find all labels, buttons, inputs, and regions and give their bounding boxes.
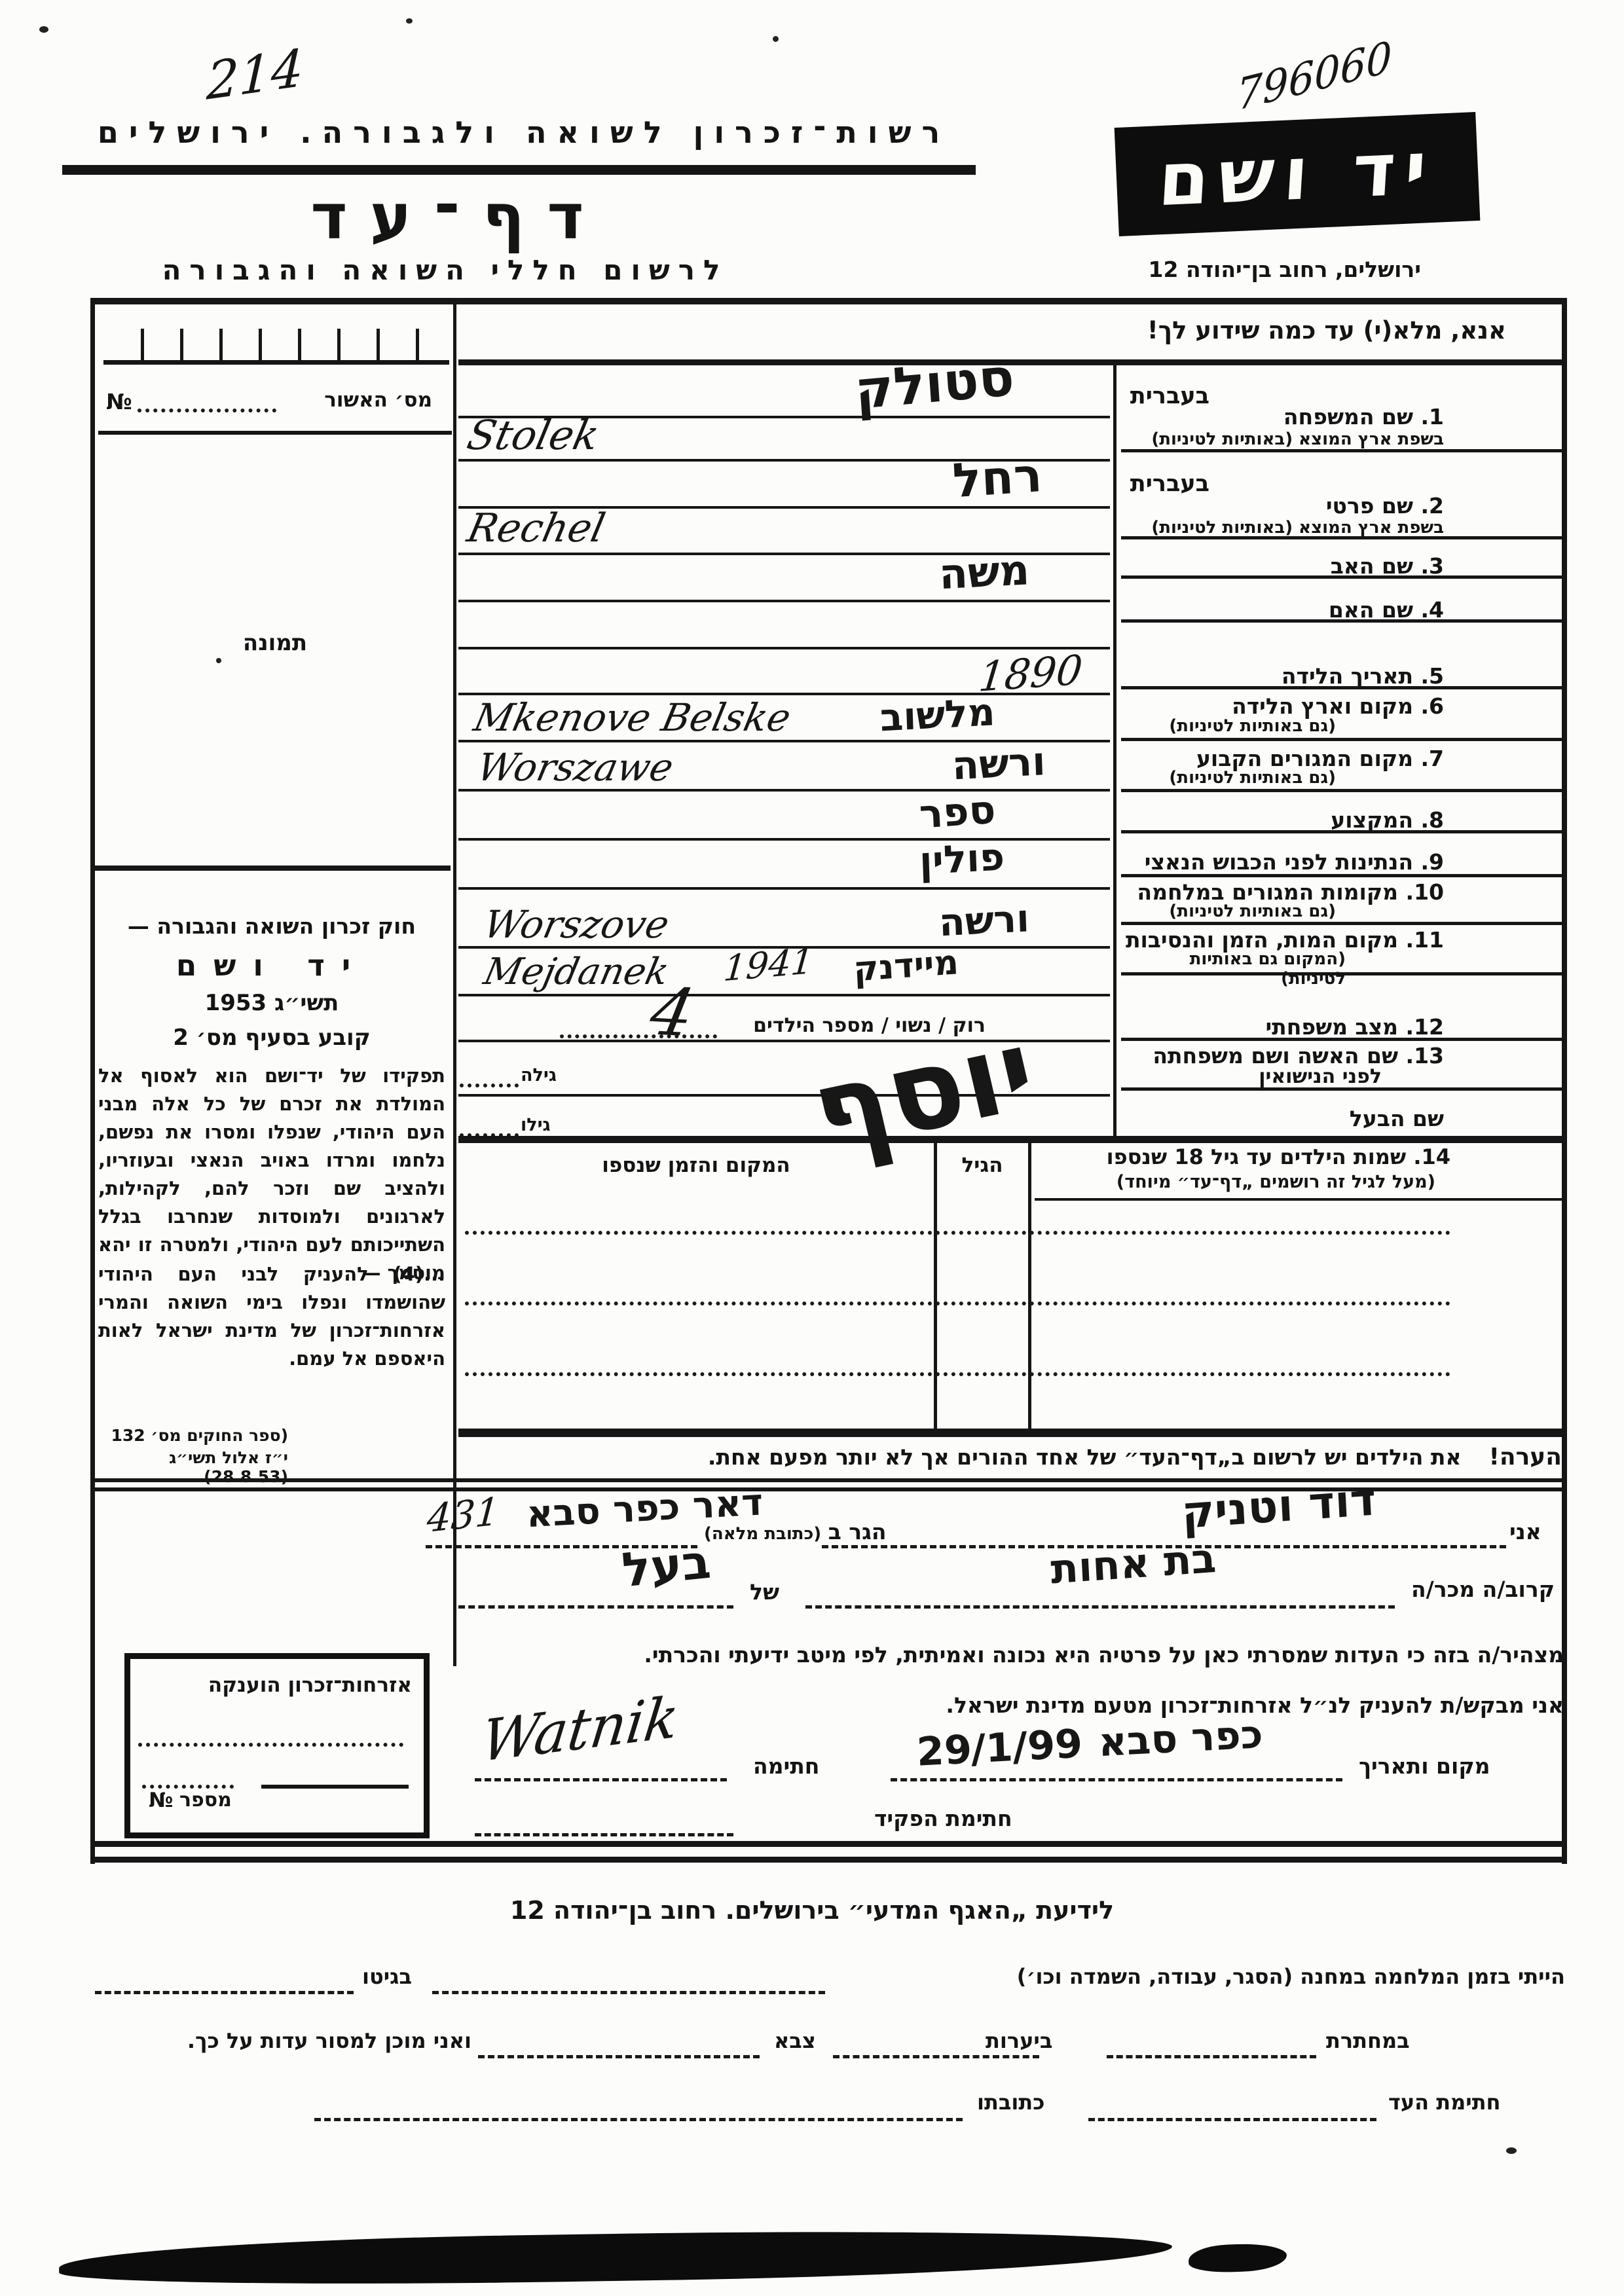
husband-age-dots	[460, 1120, 519, 1137]
citizenship-dots	[138, 1724, 403, 1747]
ink-speck-2	[406, 18, 413, 24]
field-2-sub: בשפת ארץ המוצא (באותיות לטיניות)	[1120, 518, 1444, 538]
field-underline-3	[1121, 575, 1564, 579]
entry-first-name-latin-hw: Rechel	[464, 505, 610, 551]
approval-number-dots	[138, 390, 276, 412]
entry-death-place-he-hw: מיידנק	[847, 943, 961, 989]
ink-speck-1	[39, 26, 48, 33]
bottom-rule-1	[92, 1841, 1567, 1847]
marital-dots	[560, 1019, 717, 1038]
witness-line-2a	[458, 1600, 733, 1609]
field-underline-10	[1121, 922, 1564, 925]
wife-age-dots	[460, 1070, 519, 1087]
scanned-testimony-page: 214 796060 רשות־זכרון לשואה ולגבורה. ירו…	[0, 0, 1624, 2296]
entry-line-11	[458, 994, 1110, 996]
entry-father-name-hw: משה	[931, 547, 1033, 599]
fill-header: אנא, מלא(י) עד כמה שידוע לך!	[1126, 316, 1506, 344]
signature-label: חתימה	[753, 1753, 819, 1779]
field-underline-12	[1121, 1038, 1564, 1041]
field-underline-1	[1121, 449, 1564, 452]
photo-box-rule	[92, 866, 451, 871]
field-7-sub: (גם באותיות לטיניות)	[1120, 768, 1336, 788]
entry-line-8	[458, 838, 1110, 841]
table-top-rule	[458, 1136, 1566, 1143]
ghetto-line	[95, 1986, 354, 1994]
sidebar-org-name: יד ושם	[98, 948, 445, 983]
logo-text: יד ושם	[1156, 126, 1439, 223]
file-number-handwriting: 796060	[1237, 32, 1392, 120]
table-age-header: הגיל	[934, 1154, 1031, 1177]
form-subtitle: לרשום חללי השואה והגבורה	[131, 254, 760, 286]
entry-first-name-he-hw: רחל	[943, 448, 1046, 508]
approval-row-rule	[98, 431, 452, 435]
place-date-hw: כפר סבא 29/1/99	[912, 1712, 1265, 1776]
left-column-divider	[453, 301, 456, 1666]
form-title: דף־עד	[275, 180, 642, 253]
field-8-label: 8. המקצוע	[1120, 807, 1444, 833]
forests-line	[833, 2050, 1039, 2058]
field-1-sub: בשפת ארץ המוצא (באותיות לטיניות)	[1120, 429, 1444, 449]
entry-war-residence-he-hw: ורשה	[931, 896, 1031, 945]
entry-residence-latin-hw: Worszawe	[473, 745, 678, 790]
note-rule-top	[458, 1429, 1566, 1437]
citizenship-box: אזרחות־זכרון הוענקה מספר №	[124, 1653, 430, 1838]
masthead-rule	[62, 165, 976, 175]
children-row-dots-1	[465, 1216, 1450, 1235]
field-14-sub: (מעל לגיל זה רושמים „דף־עד״ מיוחד)	[1041, 1172, 1435, 1192]
army-label: צבא	[774, 2028, 816, 2053]
field-2-label: 2. שם פרטי	[1120, 493, 1444, 519]
approval-number-sign: №	[106, 389, 132, 414]
address-line	[314, 2113, 963, 2121]
page-number-handwriting: 214	[206, 39, 304, 112]
sidebar-law-paragraph-2: ‏...(4) להעניק לבני העם היהודי שהושמדו ו…	[98, 1260, 445, 1373]
ink-speck-3	[773, 36, 779, 42]
approval-number-label: מס׳ האשור	[282, 388, 432, 412]
fill-header-rule	[458, 359, 1566, 365]
field-underline-9	[1121, 874, 1564, 877]
residing-sub-label: (כתובת מלאה)	[704, 1524, 821, 1544]
field-5-label: 5. תאריך הלידה	[1120, 663, 1444, 689]
citizenship-number-sign: №	[149, 1789, 173, 1812]
wife-age-label: גילה	[521, 1065, 557, 1085]
husband-age-label: גילו	[521, 1115, 551, 1135]
field-14-label: 14. שמות הילדים עד גיל 18 שנספו	[1041, 1144, 1450, 1169]
main-border-left	[90, 298, 95, 1864]
clerk-signature-line	[475, 1828, 733, 1836]
sidebar-law-source-1: (ספר החוקים מס׳ 132	[105, 1426, 288, 1445]
field-underline-5	[1121, 686, 1564, 689]
sidebar-law-paragraph-1: תפקידו של יד־ושם הוא לאסוף אל המולדת את …	[98, 1062, 445, 1287]
underground-line	[1107, 2050, 1316, 2058]
ink-smudge-2	[1188, 2242, 1287, 2273]
husband-name-label: שם הבעל	[1120, 1106, 1444, 1131]
ghetto-label: בגיטו	[362, 1964, 412, 1989]
testify-label: ואני מוכן למסור עדות על כך.	[98, 2028, 471, 2053]
relation-label: קרוב/ה מכר/ה	[1411, 1576, 1555, 1602]
place-date-label: מקום ותאריך	[1359, 1753, 1490, 1779]
sidebar-law-title: חוק זכרון השואה והגבורה —	[98, 913, 445, 939]
entry-death-year-hw: 1941	[722, 940, 815, 990]
field-13-sub: לפני הנישואין	[1120, 1065, 1382, 1088]
underground-label: במחתרת	[1326, 2028, 1410, 2053]
ink-speck-5	[216, 658, 221, 663]
logo-address: ירושלים, רחוב בן־יהודה 12	[1126, 257, 1421, 282]
children-row-dots-3	[465, 1358, 1450, 1376]
clerk-signature-label: חתימת הפקיד	[874, 1806, 1012, 1831]
approval-comb-baseline	[103, 360, 449, 365]
masthead-authority: רשות־זכרון לשואה ולגבורה. ירושלים	[72, 115, 976, 150]
citizenship-title: אזרחות־זכרון הוענקה	[150, 1673, 412, 1697]
field-underline-8	[1121, 830, 1564, 833]
field-1-label: 1. שם המשפחה	[1120, 404, 1444, 429]
entry-residence-he-hw: ורשה	[944, 739, 1048, 790]
entry-war-residence-latin-hw: Worszove	[480, 902, 673, 947]
of-label: של	[750, 1579, 779, 1605]
entry-line-4	[458, 647, 1110, 649]
field-underline-4	[1121, 619, 1564, 623]
citizenship-number-label: מספר	[179, 1789, 232, 1812]
table-place-header: המקום והזמן שנספו	[458, 1154, 934, 1177]
field-underline-7	[1121, 789, 1564, 792]
witness-address-number-hw: 431	[426, 1489, 501, 1541]
witness-name-hw: דוד וטניק	[1173, 1474, 1380, 1539]
entry-birth-year-hw: 1890	[976, 646, 1084, 701]
entry-line-3	[458, 600, 1110, 602]
witness-signature-label: חתימת העד	[1388, 2090, 1501, 2115]
field-14-underline	[1035, 1198, 1566, 1201]
field-underline-2	[1121, 536, 1564, 539]
signature-line	[475, 1773, 727, 1781]
declaration-text: מצהיר/ה בזה כי העדות שמסרתי כאן על פרטיה…	[458, 1642, 1564, 1667]
entry-family-name-latin-hw: Stolek	[463, 411, 603, 459]
army-line	[478, 2050, 760, 2058]
sidebar-law-year: תשי״ג 1953	[98, 990, 445, 1016]
ink-smudge-1	[59, 2225, 1173, 2290]
note-line: הערה! את הילדים יש לרשום ב„דף־העד״ של אח…	[465, 1444, 1562, 1470]
entry-death-place-latin-hw: Mejdanek	[480, 951, 673, 993]
witness-line-2b	[805, 1600, 1395, 1609]
note-bold-label: הערה!	[1488, 1444, 1562, 1470]
approval-number-comb	[141, 329, 419, 361]
entry-profession-hw: ספר	[912, 787, 999, 837]
main-border-top	[92, 298, 1566, 304]
field-12-label: 12. מצב משפחתי	[1120, 1014, 1444, 1040]
citizenship-dots-2	[142, 1772, 234, 1789]
sidebar-law-section: קובע בסעיף מס׳ 2	[98, 1025, 445, 1051]
entry-citizenship-hw: פולין	[912, 835, 1006, 883]
war-camp-line	[432, 1986, 825, 1994]
address-label: כתובתו	[977, 2090, 1044, 2115]
bottom-notice: לידיעת „האגף המדעי״ בירושלים. רחוב בן־יה…	[354, 1896, 1270, 1925]
field-6-sub: (גם באותיות לטיניות)	[1120, 716, 1336, 736]
entry-line-9	[458, 887, 1110, 890]
note-text: את הילדים יש לרשום ב„דף־העד״ של אחד ההור…	[708, 1444, 1462, 1470]
photo-label: תמונה	[98, 630, 452, 656]
field-underline-13	[1121, 1087, 1564, 1091]
main-border-right	[1562, 298, 1567, 1864]
place-date-line	[891, 1773, 1342, 1781]
field-underline-11	[1121, 972, 1564, 975]
label-column-divider	[1113, 365, 1116, 1137]
witness-i-label: אני	[1509, 1519, 1541, 1544]
bottom-rule-2	[92, 1857, 1567, 1863]
witness-signature-line	[1088, 2113, 1376, 2121]
ink-speck-4	[1506, 2147, 1517, 2154]
entry-birthplace-he-hw: מלשוב	[872, 690, 997, 740]
yad-vashem-logo: יד ושם	[1115, 112, 1481, 236]
field-11-sub: (המקום גם באותיות לטיניות)	[1120, 949, 1346, 989]
relation-of-hw: בעל	[612, 1535, 715, 1597]
children-row-dots-2	[465, 1287, 1450, 1305]
table-divider-1	[934, 1137, 937, 1432]
field-6-label: 6. מקום וארץ הלידה	[1120, 693, 1444, 719]
war-camp-label: הייתי בזמן המלחמה במחנה (הסגר, עבודה, הש…	[835, 1964, 1565, 1989]
table-divider-2	[1028, 1137, 1031, 1432]
field-10-sub: (גם באותיות לטיניות)	[1120, 902, 1336, 921]
entry-birthplace-latin-hw: Mkenove Belske	[470, 695, 795, 740]
field-underline-6	[1121, 738, 1564, 741]
field-9-label: 9. הנתינות לפני הכבוש הנאצי	[1120, 849, 1444, 875]
entry-family-name-he-hw: סטולק	[843, 347, 1018, 420]
citizenship-rule	[261, 1785, 409, 1789]
